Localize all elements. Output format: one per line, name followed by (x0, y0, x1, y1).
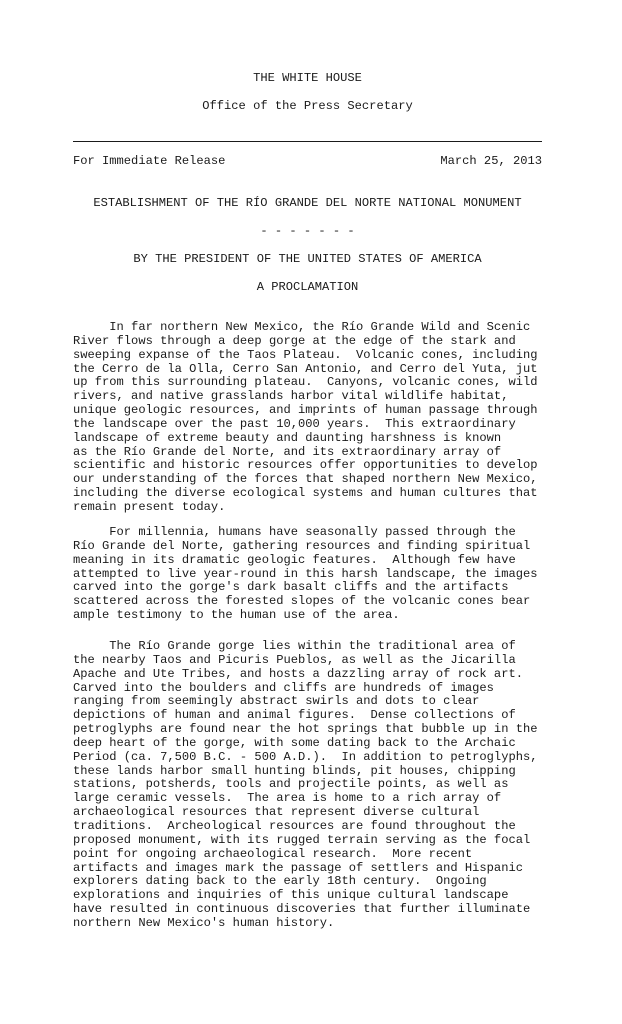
release-date: March 25, 2013 (440, 155, 542, 169)
organization-heading: THE WHITE HOUSE (73, 72, 542, 86)
paragraph-line: River flows through a deep gorge at the … (73, 335, 553, 349)
paragraph-line: attempted to live year-round in this har… (73, 568, 553, 582)
paragraph-line: large ceramic vessels. The area is home … (73, 792, 553, 806)
paragraph-line: explorations and inquiries of this uniqu… (73, 889, 553, 903)
paragraph-line: remain present today. (73, 501, 553, 515)
paragraph-3: The Río Grande gorge lies within the tra… (73, 640, 553, 931)
paragraph-line: petroglyphs are found near the hot sprin… (73, 723, 553, 737)
paragraph-line: the landscape over the past 10,000 years… (73, 418, 553, 432)
paragraph-line: rivers, and native grasslands harbor vit… (73, 390, 553, 404)
paragraph-line: sweeping expanse of the Taos Plateau. Vo… (73, 349, 553, 363)
paragraph-line: landscape of extreme beauty and daunting… (73, 432, 553, 446)
proclamation-label: A PROCLAMATION (73, 281, 542, 295)
paragraph-line: ample testimony to the human use of the … (73, 609, 553, 623)
paragraph-line: In far northern New Mexico, the Río Gran… (73, 321, 553, 335)
paragraph-line: deep heart of the gorge, with some datin… (73, 737, 553, 751)
paragraph-line: traditions. Archeological resources are … (73, 820, 553, 834)
paragraph-line: up from this surrounding plateau. Canyon… (73, 376, 553, 390)
paragraph-line: have resulted in continuous discoveries … (73, 903, 553, 917)
paragraph-line: meaning in its dramatic geologic feature… (73, 554, 553, 568)
paragraph-line: these lands harbor small hunting blinds,… (73, 765, 553, 779)
paragraph-line: the Cerro de la Olla, Cerro San Antonio,… (73, 363, 553, 377)
paragraph-line: point for ongoing archaeological researc… (73, 848, 553, 862)
paragraph-1: In far northern New Mexico, the Río Gran… (73, 321, 553, 515)
header-divider (73, 141, 542, 142)
paragraph-line: archaeological resources that represent … (73, 806, 553, 820)
paragraph-line: The Río Grande gorge lies within the tra… (73, 640, 553, 654)
paragraph-line: northern New Mexico's human history. (73, 917, 553, 931)
paragraph-line: our understanding of the forces that sha… (73, 473, 553, 487)
title-separator: - - - - - - - (73, 225, 542, 239)
paragraph-line: Period (ca. 7,500 B.C. - 500 A.D.). In a… (73, 751, 553, 765)
paragraph-line: carved into the gorge's dark basalt clif… (73, 581, 553, 595)
paragraph-line: artifacts and images mark the passage of… (73, 862, 553, 876)
paragraph-line: as the Río Grande del Norte, and its ext… (73, 446, 553, 460)
office-heading: Office of the Press Secretary (73, 100, 542, 114)
byline: BY THE PRESIDENT OF THE UNITED STATES OF… (73, 253, 542, 267)
document-title: ESTABLISHMENT OF THE RÍO GRANDE DEL NORT… (73, 197, 542, 211)
paragraph-line: Río Grande del Norte, gathering resource… (73, 540, 553, 554)
paragraph-line: scattered across the forested slopes of … (73, 595, 553, 609)
paragraph-2: For millennia, humans have seasonally pa… (73, 526, 553, 623)
paragraph-line: proposed monument, with its rugged terra… (73, 834, 553, 848)
paragraph-line: including the diverse ecological systems… (73, 487, 553, 501)
release-label: For Immediate Release (73, 155, 225, 169)
paragraph-line: explorers dating back to the early 18th … (73, 875, 553, 889)
paragraph-line: For millennia, humans have seasonally pa… (73, 526, 553, 540)
paragraph-line: scientific and historic resources offer … (73, 459, 553, 473)
paragraph-line: unique geologic resources, and imprints … (73, 404, 553, 418)
paragraph-line: Apache and Ute Tribes, and hosts a dazzl… (73, 668, 553, 682)
paragraph-line: Carved into the boulders and cliffs are … (73, 682, 553, 696)
paragraph-line: depictions of human and animal figures. … (73, 709, 553, 723)
paragraph-line: the nearby Taos and Picuris Pueblos, as … (73, 654, 553, 668)
paragraph-line: ranging from seemingly abstract swirls a… (73, 695, 553, 709)
paragraph-line: stations, potsherds, tools and projectil… (73, 778, 553, 792)
